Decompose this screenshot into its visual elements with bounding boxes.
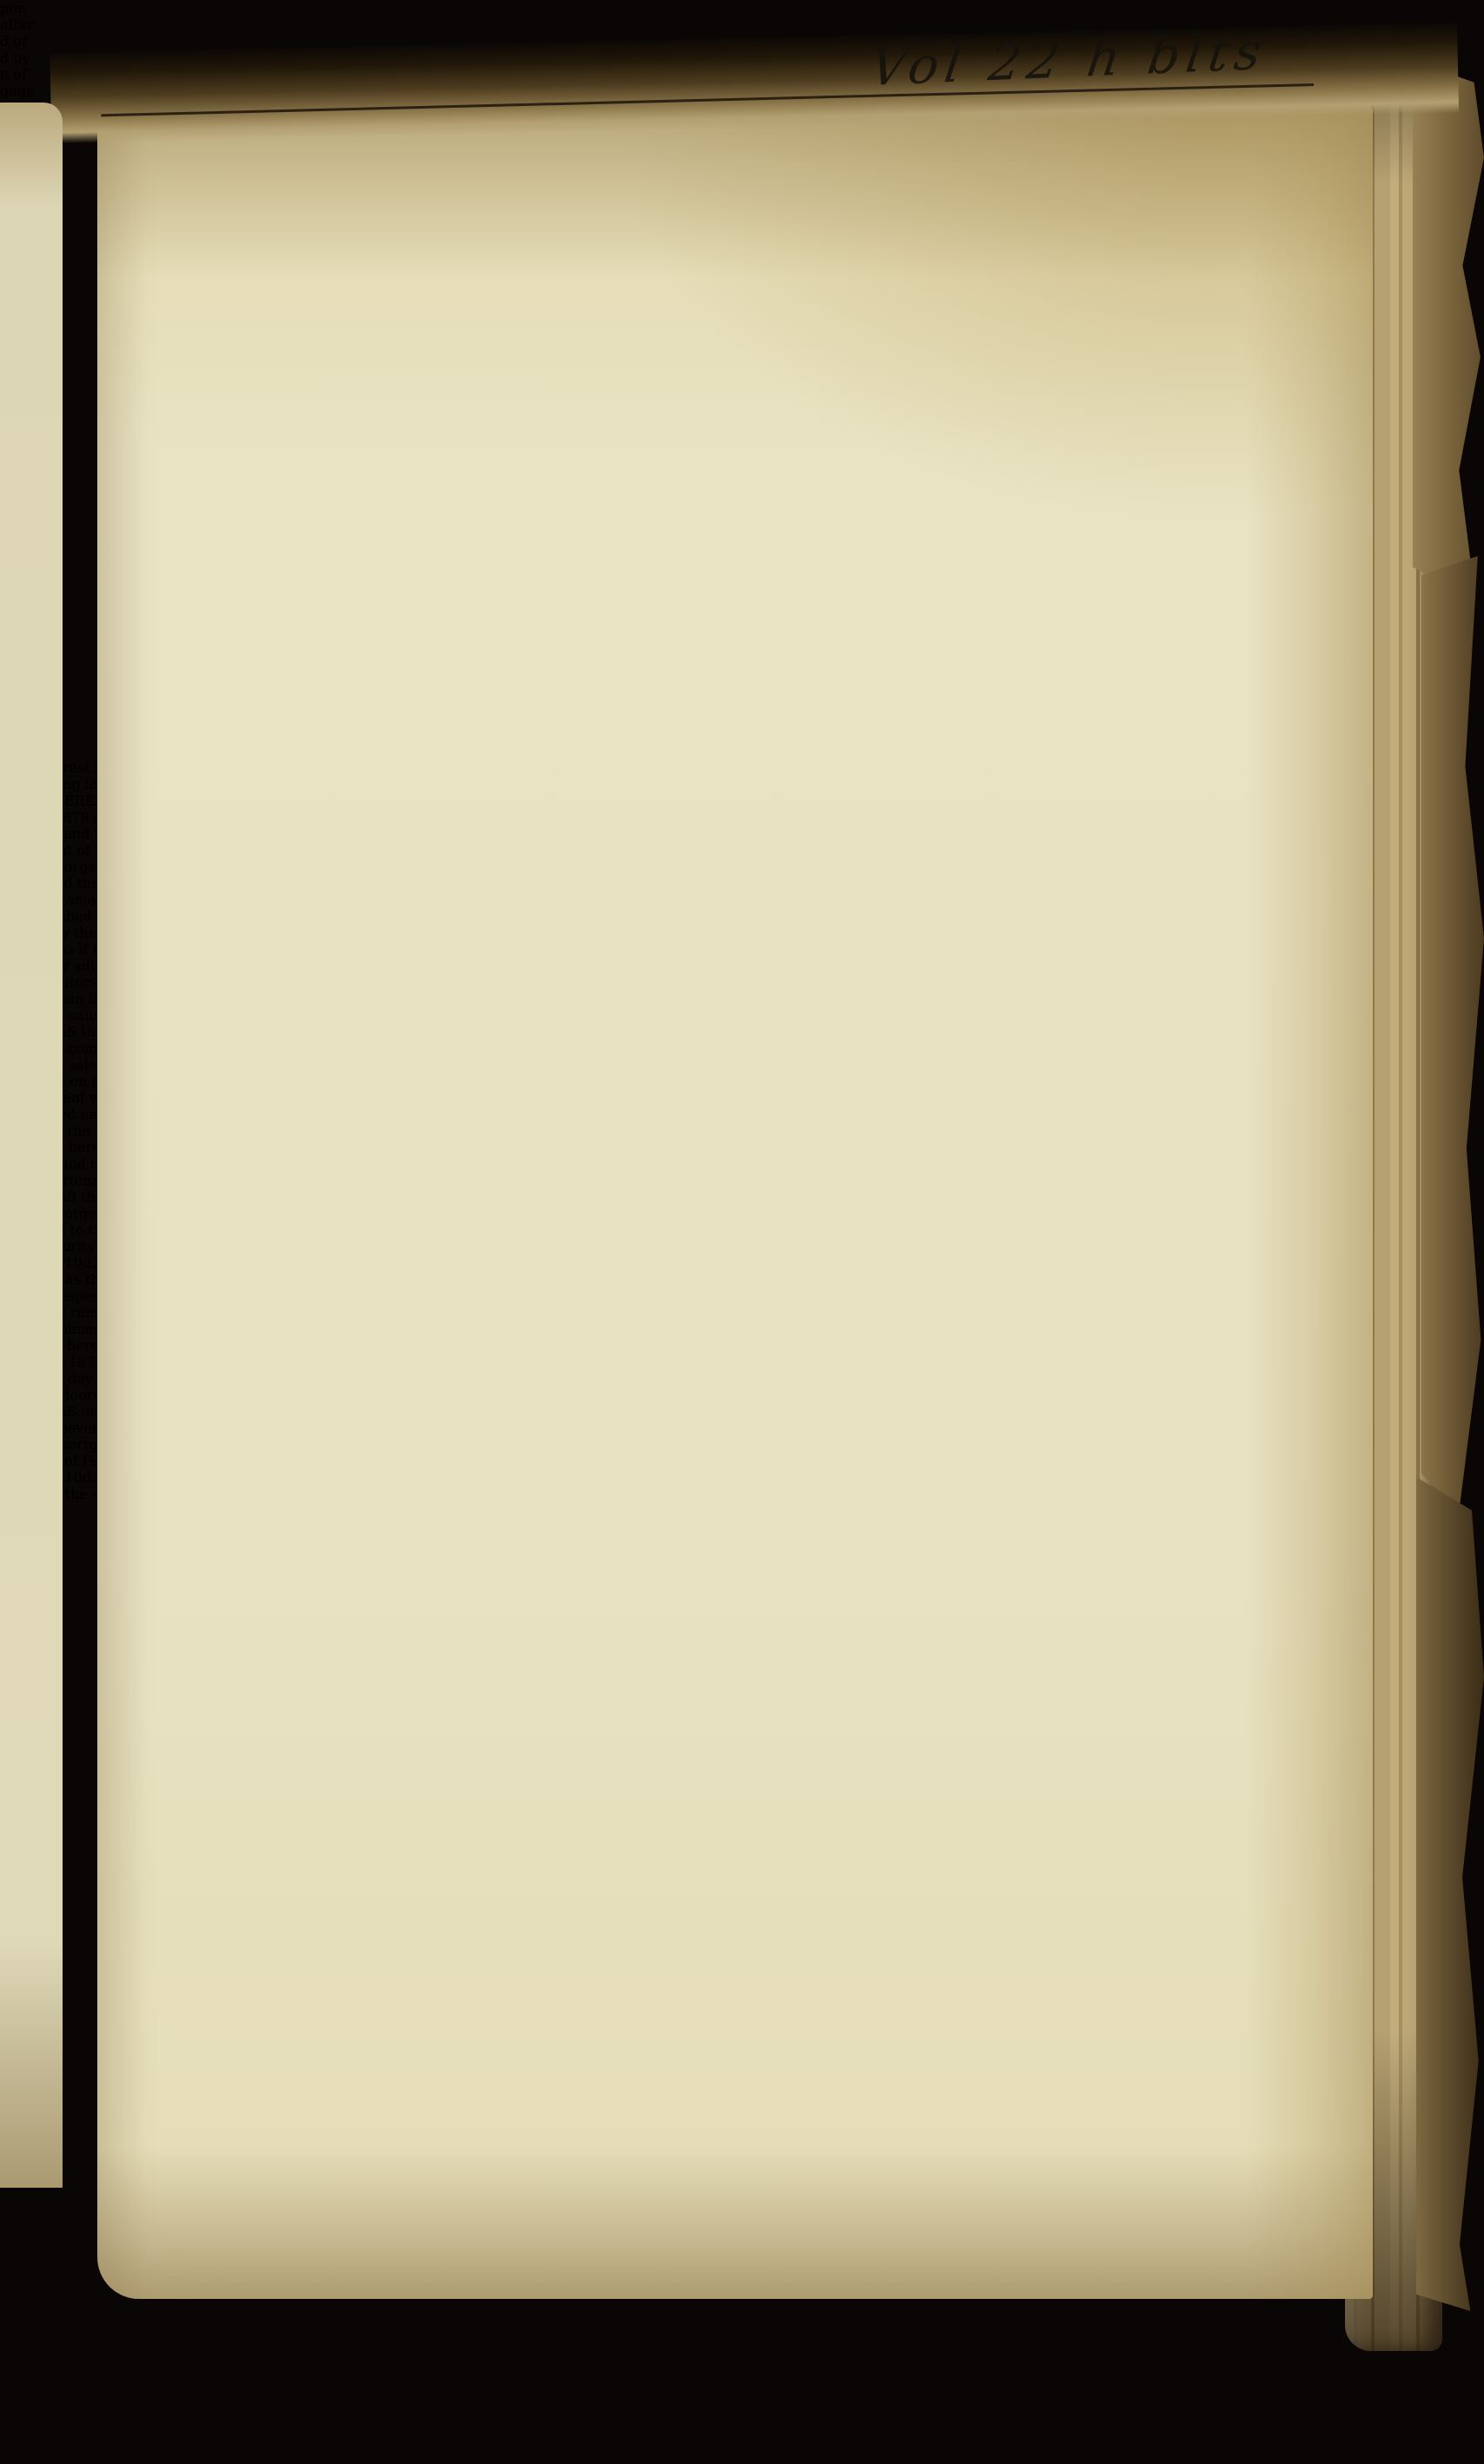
- book-page: [97, 103, 1373, 2299]
- facing-page-fragment: pon: [0, 0, 1484, 17]
- torn-page-edge: [1416, 1477, 1484, 2311]
- gutter-shadow: [57, 97, 101, 2243]
- book-photo: Vol 22 h blts ponafterd ofd byn ofgagehe…: [0, 0, 1484, 2464]
- facing-page-sliver: [0, 103, 63, 2188]
